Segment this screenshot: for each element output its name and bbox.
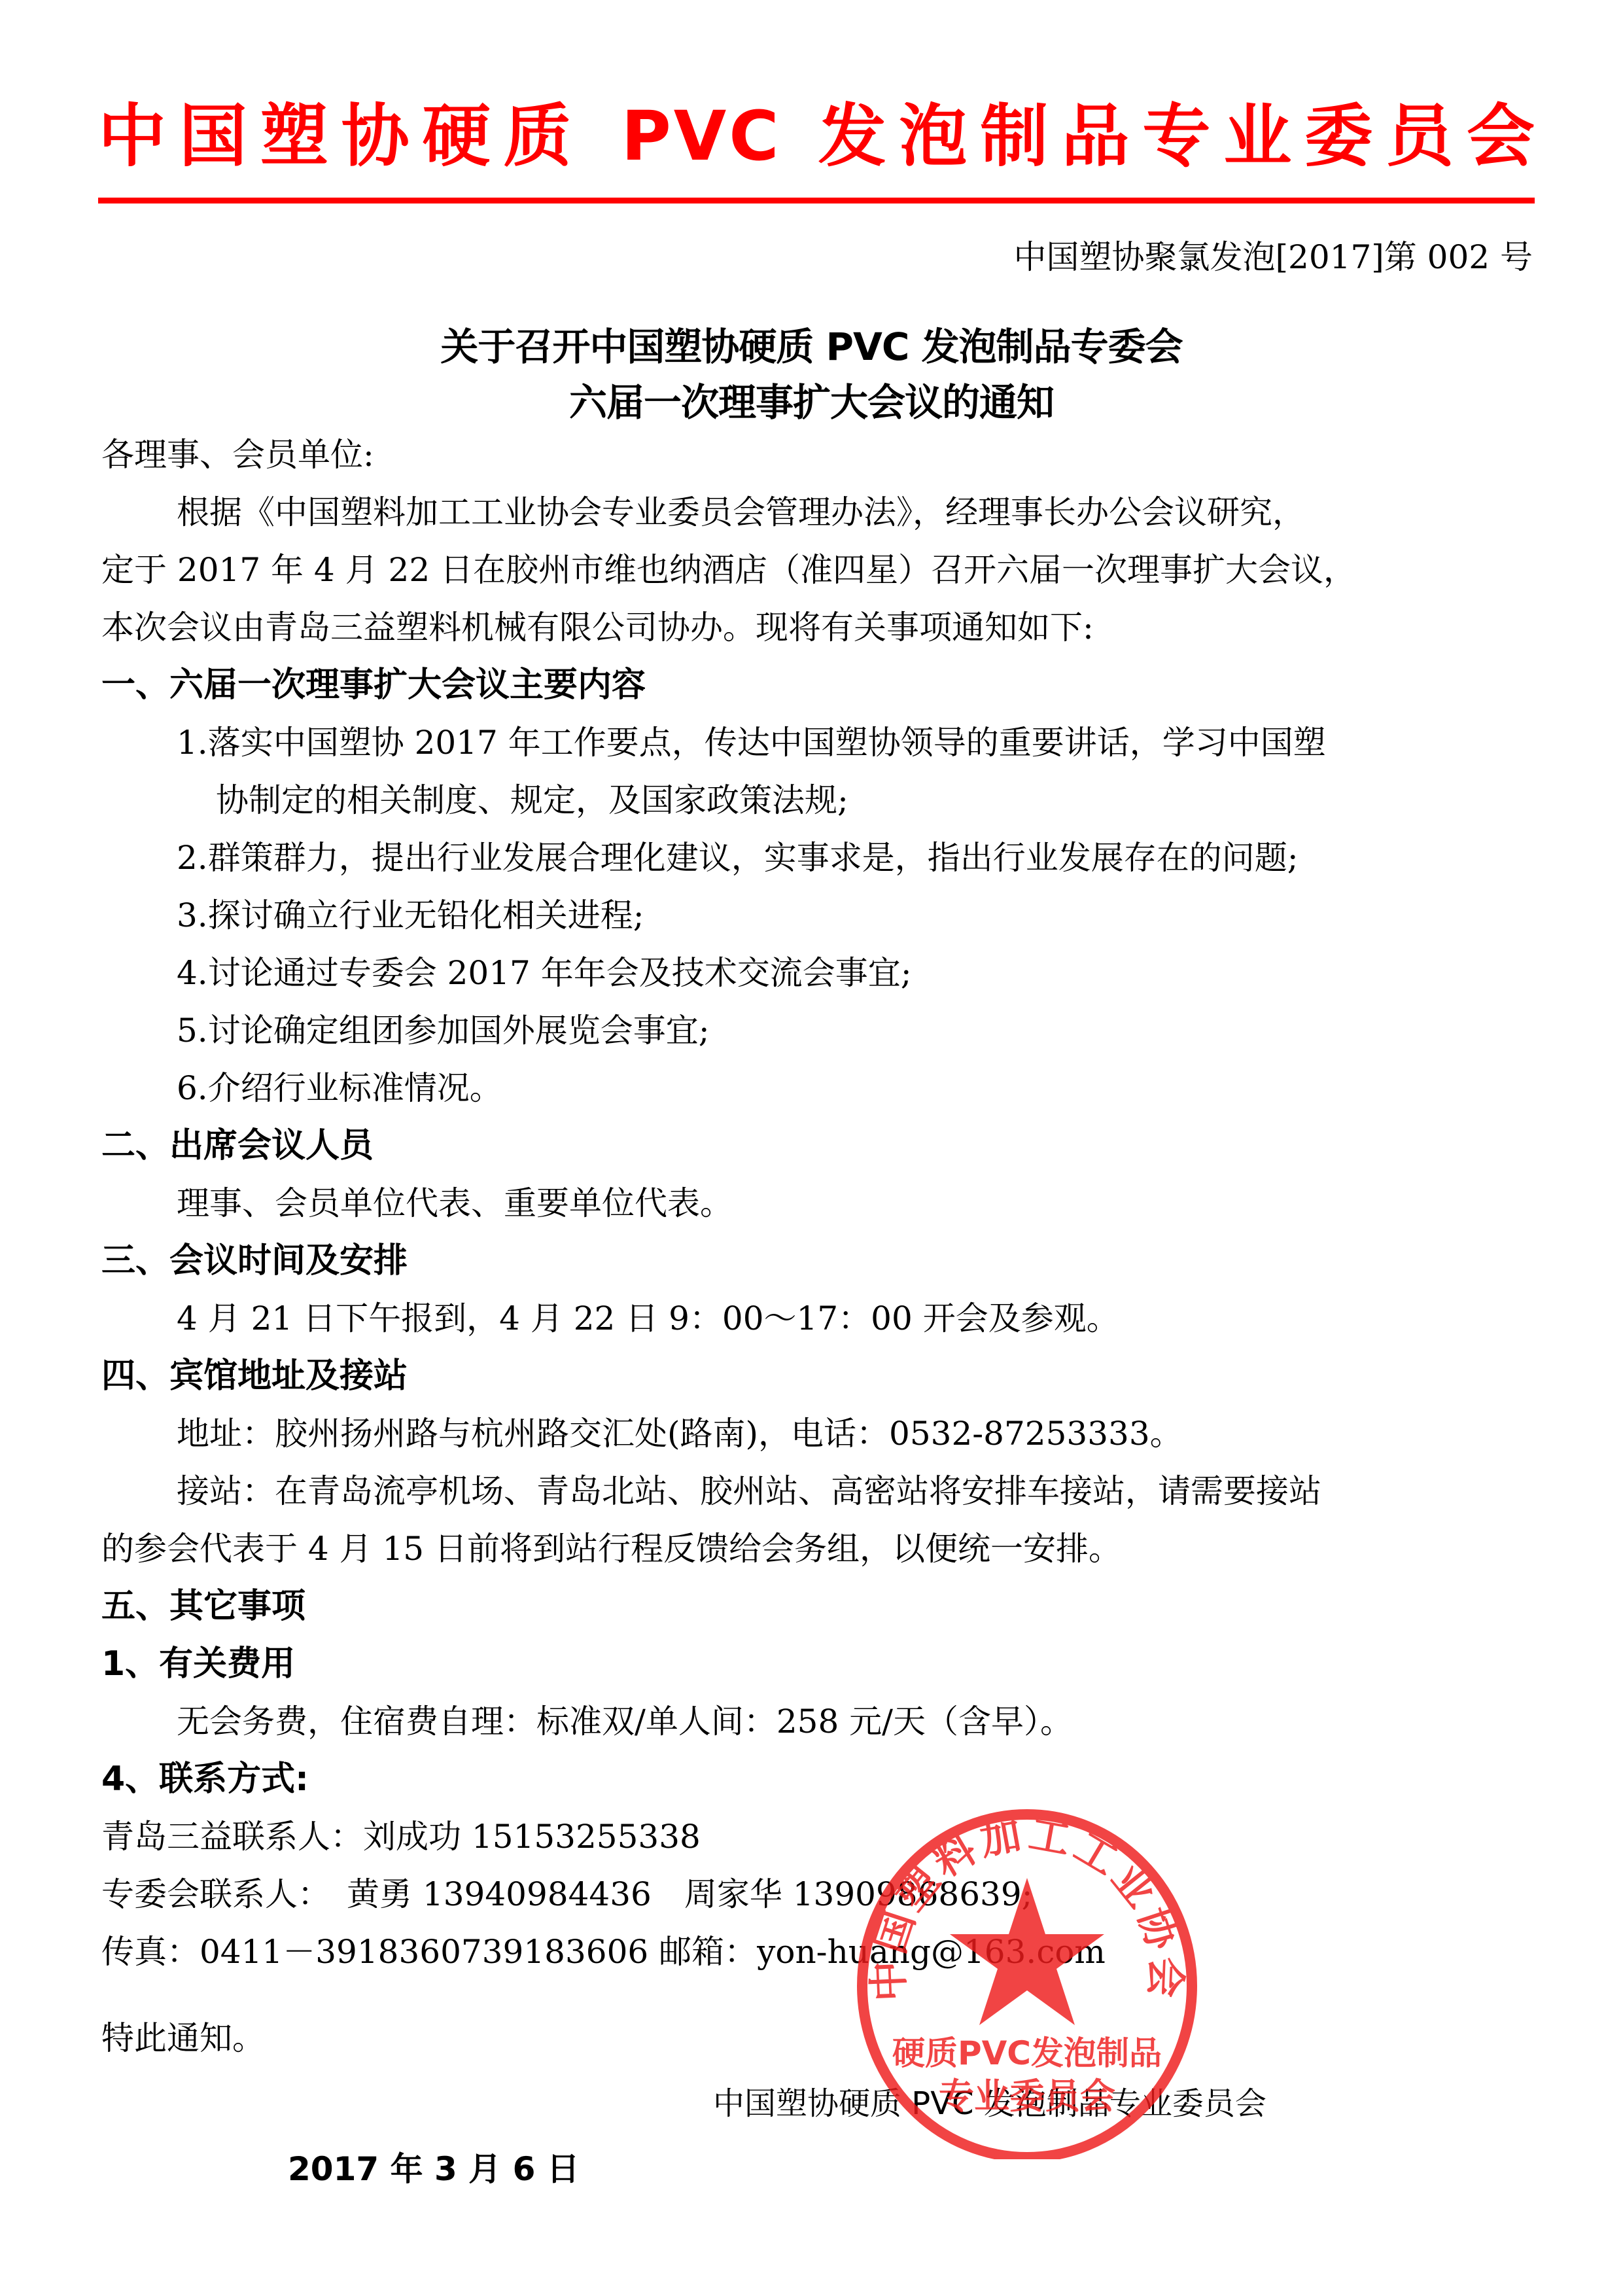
pickup-line-2: 的参会代表于 4 月 15 日前将到站行程反馈给会务组，以便统一安排。: [101, 1526, 1121, 1572]
letterhead-red-rule: [98, 198, 1535, 203]
signature-date: 2017 年 3 月 6 日: [288, 2146, 580, 2192]
seal-inner-line-1: 硬质PVC发泡制品: [892, 2034, 1162, 2072]
attendees-text: 理事、会员单位代表、重要单位代表。: [177, 1180, 733, 1226]
contact-fax-email: 传真：0411－3918360739183606 邮箱：yon-huang@16…: [101, 1929, 1106, 1975]
intro-line-2: 定于 2017 年 4 月 22 日在胶州市维也纳酒店（准四星）召开六届一次理事…: [101, 547, 1356, 593]
section-2-heading: 二、出席会议人员: [101, 1123, 374, 1169]
notice-title-line-2: 六届一次理事扩大会议的通知: [0, 376, 1623, 429]
document-number: 中国塑协聚氯发泡[2017]第 002 号: [1014, 234, 1533, 280]
contact-committee: 专委会联系人： 黄勇 13940984436 周家华 13909868639;: [101, 1871, 1033, 1917]
pickup-line-1: 接站：在青岛流亭机场、青岛北站、胶州站、高密站将安排车接站，请需要接站: [177, 1468, 1321, 1514]
agenda-item-4: 4.讨论通过专委会 2017 年年会及技术交流会事宜;: [177, 950, 912, 996]
fees-heading: 1、有关费用: [101, 1641, 295, 1687]
intro-line-3: 本次会议由青岛三益塑料机械有限公司协办。现将有关事项通知如下:: [101, 605, 1094, 650]
contact-heading: 4、联系方式:: [101, 1756, 309, 1802]
hotel-address: 地址：胶州扬州路与杭州路交汇处(路南)，电话：0532-87253333。: [177, 1411, 1183, 1457]
salutation: 各理事、会员单位:: [101, 432, 374, 478]
letterhead-org-name: 中国塑协硬质 PVC 发泡制品专业委员会: [98, 97, 1537, 175]
agenda-item-5: 5.讨论确定组团参加国外展览会事宜;: [177, 1008, 710, 1053]
section-5-heading: 五、其它事项: [101, 1583, 305, 1629]
agenda-item-2: 2.群策群力，提出行业发展合理化建议，实事求是，指出行业发展存在的问题;: [177, 835, 1299, 881]
schedule-text: 4 月 21 日下午报到，4 月 22 日 9：00～17：00 开会及参观。: [177, 1296, 1119, 1341]
section-4-heading: 四、宾馆地址及接站: [101, 1353, 408, 1399]
notice-title-line-1: 关于召开中国塑协硬质 PVC 发泡制品专委会: [0, 321, 1623, 373]
signature-org: 中国塑协硬质 PVC 发泡制品专业委员会: [713, 2081, 1266, 2127]
agenda-item-3: 3.探讨确立行业无铅化相关进程;: [177, 892, 644, 938]
agenda-item-1-line-1: 1.落实中国塑协 2017 年工作要点，传达中国塑协领导的重要讲话，学习中国塑: [177, 720, 1326, 766]
agenda-item-1-line-2: 协制定的相关制度、规定，及国家政策法规;: [216, 777, 848, 823]
agenda-item-6: 6.介绍行业标准情况。: [177, 1065, 502, 1111]
intro-line-1: 根据《中国塑料加工工业协会专业委员会管理办法》，经理事长办公会议研究，: [177, 489, 1305, 535]
contact-qingdao-sanyi: 青岛三益联系人：刘成功 15153255338: [101, 1814, 701, 1860]
closing-remark: 特此通知。: [101, 2015, 265, 2061]
fees-text: 无会务费，住宿费自理：标准双/单人间：258 元/天（含早）。: [177, 1699, 1073, 1744]
section-1-heading: 一、六届一次理事扩大会议主要内容: [101, 662, 646, 708]
section-3-heading: 三、会议时间及安排: [101, 1238, 408, 1284]
